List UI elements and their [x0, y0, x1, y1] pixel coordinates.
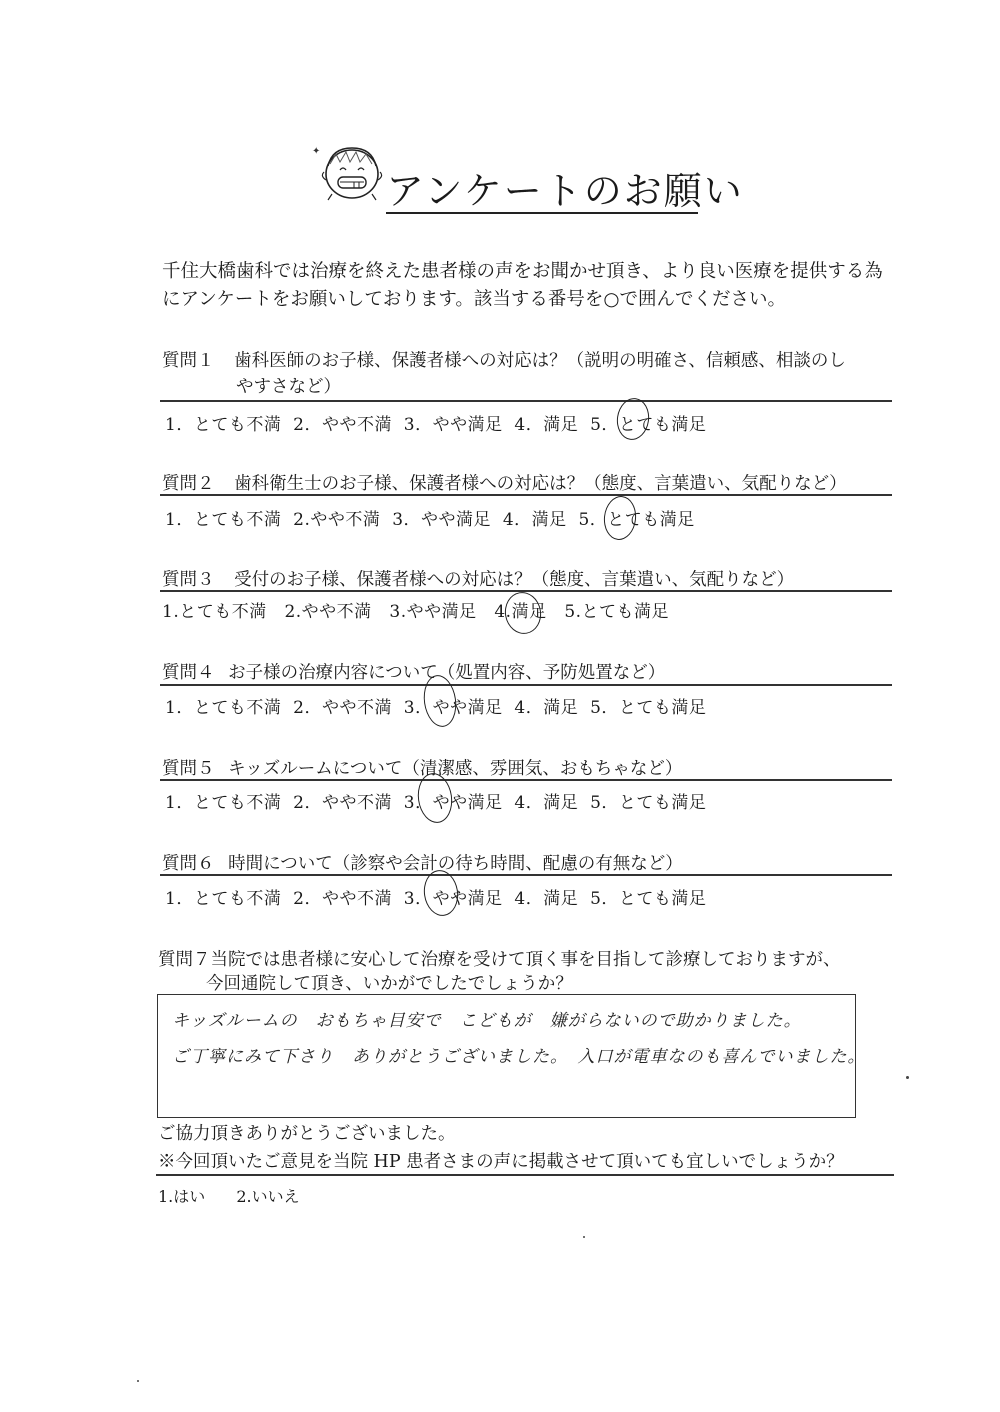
- option-1[interactable]: 1．とても不満: [165, 505, 281, 530]
- handwritten-answer-line-1: キッズルームの おもちゃ目安で こどもが 嫌がらないので助かりました。: [172, 1006, 802, 1031]
- divider: [160, 874, 892, 876]
- scan-speck: [583, 1236, 585, 1238]
- option-2[interactable]: 2．やや不満: [293, 693, 392, 718]
- option-5[interactable]: 5.とても満足: [564, 597, 669, 622]
- option-2[interactable]: 2.やや不満: [284, 597, 371, 622]
- scan-speck: [906, 1076, 909, 1079]
- question-1: 質問１ 歯科医師のお子様、保護者様への対応は？（説明の明確さ、信頼感、相談のし: [162, 347, 846, 372]
- question-label: 質問２: [162, 474, 215, 494]
- consent-question: ※今回頂いたご意見を当院 HP 患者さまの声に掲載させて頂いても宜しいでしょうか…: [158, 1148, 844, 1173]
- question-label: 質問７: [158, 950, 211, 970]
- scan-speck: [137, 1380, 139, 1382]
- option-1[interactable]: 1.とても不満: [162, 597, 267, 622]
- option-2[interactable]: 2．やや不満: [293, 884, 392, 909]
- question-7: 質問７当院では患者様に安心して治療を受けて頂く事を目指して診療しておりますが、: [158, 946, 841, 971]
- divider: [160, 779, 892, 781]
- question-text: 時間について（診察や会計の待ち時間、配慮の有無など）: [228, 854, 683, 874]
- selection-circle: [602, 494, 638, 541]
- question-label: 質問３: [162, 570, 215, 590]
- question-text: 歯科衛生士のお子様、保護者様への対応は？（態度、言葉遣い、気配りなど）: [234, 474, 847, 494]
- question-label: 質問４: [162, 663, 215, 683]
- option-4-selected[interactable]: 4．満足: [514, 693, 578, 718]
- handwritten-answer-line-2: ご丁寧にみて下さり ありがとうございました。 入口が電車なのも喜んでいました。: [172, 1042, 866, 1067]
- question-text: 受付のお子様、保護者様への対応は？（態度、言葉遣い、気配りなど）: [234, 570, 794, 590]
- question-1-continued: やすさなど）: [236, 373, 341, 398]
- divider: [160, 400, 892, 402]
- title-block: ✦ アンケートのお願い: [310, 140, 710, 220]
- consent-options: 1.はい 2.いいえ: [158, 1184, 300, 1207]
- option-4-selected[interactable]: 4．満足: [514, 884, 578, 909]
- option-2[interactable]: 2.やや不満: [293, 505, 380, 530]
- question-2: 質問２ 歯科衛生士のお子様、保護者様への対応は？（態度、言葉遣い、気配りなど）: [162, 470, 847, 495]
- question-3-options: 1.とても不満 2.やや不満 3.やや満足 4.満足 5.とても満足: [162, 597, 669, 622]
- question-6: 質問６ 時間について（診察や会計の待ち時間、配慮の有無など）: [162, 850, 683, 875]
- divider: [156, 1174, 894, 1176]
- question-text: 当院では患者様に安心して治療を受けて頂く事を目指して診療しておりますが、: [211, 950, 841, 970]
- smiling-child-face-icon: ✦: [310, 140, 388, 204]
- option-5[interactable]: 5．とても満足: [590, 693, 706, 718]
- question-4: 質問４ お子様の治療内容について（処置内容、予防処置など）: [162, 659, 665, 684]
- question-label: 質問５: [162, 759, 215, 779]
- consent-no-option[interactable]: 2.いいえ: [236, 1187, 299, 1206]
- intro-line-1: 千住大橋歯科では治療を終えた患者様の声をお聞かせ頂き、より良い医療を提供する為: [162, 258, 902, 286]
- selection-circle: [614, 396, 652, 442]
- thank-you-text: ご協力頂きありがとうございました。: [158, 1120, 456, 1145]
- option-3[interactable]: 3．やや満足: [392, 505, 491, 530]
- title-underline: [386, 212, 698, 214]
- divider: [160, 684, 892, 686]
- option-3[interactable]: 3.やや満足: [389, 597, 476, 622]
- option-5[interactable]: 5．とても満足: [590, 788, 706, 813]
- consent-yes-option[interactable]: 1.はい: [158, 1187, 205, 1206]
- option-2[interactable]: 2．やや不満: [293, 410, 392, 435]
- intro-text: 千住大橋歯科では治療を終えた患者様の声をお聞かせ頂き、より良い医療を提供する為 …: [162, 258, 902, 314]
- divider: [160, 494, 892, 496]
- question-label: 質問１: [162, 351, 215, 371]
- question-label: 質問６: [162, 854, 215, 874]
- option-1[interactable]: 1．とても不満: [165, 788, 281, 813]
- question-3: 質問３ 受付のお子様、保護者様への対応は？（態度、言葉遣い、気配りなど）: [162, 566, 794, 591]
- question-text: キッズルームについて（清潔感、雰囲気、おもちゃなど）: [228, 759, 682, 779]
- svg-text:✦: ✦: [312, 146, 320, 157]
- intro-line-2: にアンケートをお願いしております。該当する番号を○で囲んでください。: [162, 286, 902, 314]
- option-3[interactable]: 3．やや満足: [404, 410, 503, 435]
- question-7-continued: 今回通院して頂き、いかがでしたでしょうか？: [206, 970, 573, 995]
- option-1[interactable]: 1．とても不満: [165, 884, 281, 909]
- option-1[interactable]: 1．とても不満: [165, 410, 281, 435]
- question-text: 歯科医師のお子様、保護者様への対応は？（説明の明確さ、信頼感、相談のし: [234, 351, 846, 371]
- page-title: アンケートのお願い: [386, 160, 744, 215]
- question-5: 質問５ キッズルームについて（清潔感、雰囲気、おもちゃなど）: [162, 755, 682, 780]
- option-4[interactable]: 4．満足: [503, 505, 567, 530]
- option-5-selected[interactable]: 5．とても満足: [578, 505, 694, 530]
- option-1[interactable]: 1．とても不満: [165, 693, 281, 718]
- option-4[interactable]: 4．満足: [514, 410, 578, 435]
- option-5[interactable]: 5．とても満足: [590, 884, 706, 909]
- option-4-selected[interactable]: 4．満足: [514, 788, 578, 813]
- option-2[interactable]: 2．やや不満: [293, 788, 392, 813]
